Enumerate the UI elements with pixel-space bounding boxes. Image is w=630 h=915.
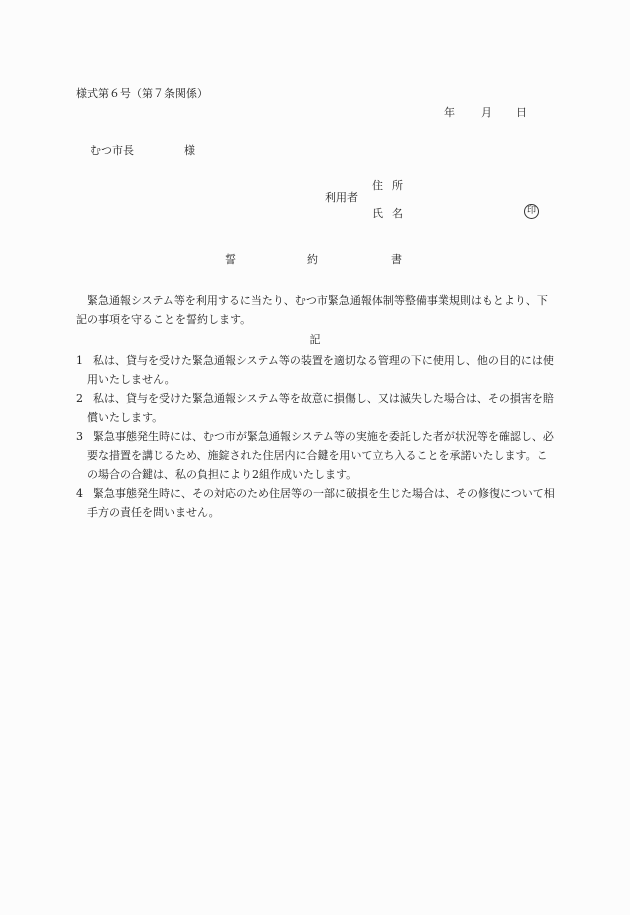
title-char: 誓	[225, 251, 236, 267]
intro-paragraph: 緊急通報システム等を利用するに当たり、むつ市緊急通報体制等整備事業規則はもとより…	[76, 291, 556, 329]
item-number: 3	[76, 427, 87, 446]
item-text: 私は、貸与を受けた緊急通報システム等の装置を適切なる管理の下に使用し、他の目的に…	[87, 354, 554, 386]
item-text: 緊急事態発生時には、むつ市が緊急通報システム等の実施を委託した者が状況等を確認し…	[87, 430, 554, 481]
item-number: 2	[76, 389, 87, 408]
address-label: 住所	[372, 177, 412, 193]
list-item: 2私は、貸与を受けた緊急通報システム等を故意に損傷し、又は滅失した場合は、その損…	[76, 389, 556, 427]
title-char: 約	[307, 251, 318, 267]
item-number: 4	[76, 484, 87, 503]
list-item: 4緊急事態発生時に、その対応のため住居等の一部に破損を生じた場合は、その修復につ…	[76, 484, 556, 522]
pledge-list: 1私は、貸与を受けた緊急通報システム等の装置を適切なる管理の下に使用し、他の目的…	[76, 351, 556, 522]
addressee-name: むつ市長	[90, 142, 134, 158]
date-month-label: 月	[481, 104, 492, 120]
item-number: 1	[76, 351, 87, 370]
seal-icon: 印	[524, 204, 539, 219]
title-char: 書	[391, 251, 402, 267]
list-item: 3緊急事態発生時には、むつ市が緊急通報システム等の実施を委託した者が状況等を確認…	[76, 427, 556, 484]
addressee-honorific: 様	[184, 142, 195, 158]
name-label: 氏名	[372, 205, 412, 221]
ki-heading: 記	[0, 331, 630, 347]
item-text: 私は、貸与を受けた緊急通報システム等を故意に損傷し、又は滅失した場合は、その損害…	[87, 392, 554, 424]
form-number: 様式第６号（第７条関係）	[76, 85, 208, 101]
list-item: 1私は、貸与を受けた緊急通報システム等の装置を適切なる管理の下に使用し、他の目的…	[76, 351, 556, 389]
date-day-label: 日	[516, 104, 527, 120]
date-year-label: 年	[444, 104, 455, 120]
applicant-role-label: 利用者	[325, 189, 358, 205]
item-text: 緊急事態発生時に、その対応のため住居等の一部に破損を生じた場合は、その修復につい…	[87, 487, 555, 519]
